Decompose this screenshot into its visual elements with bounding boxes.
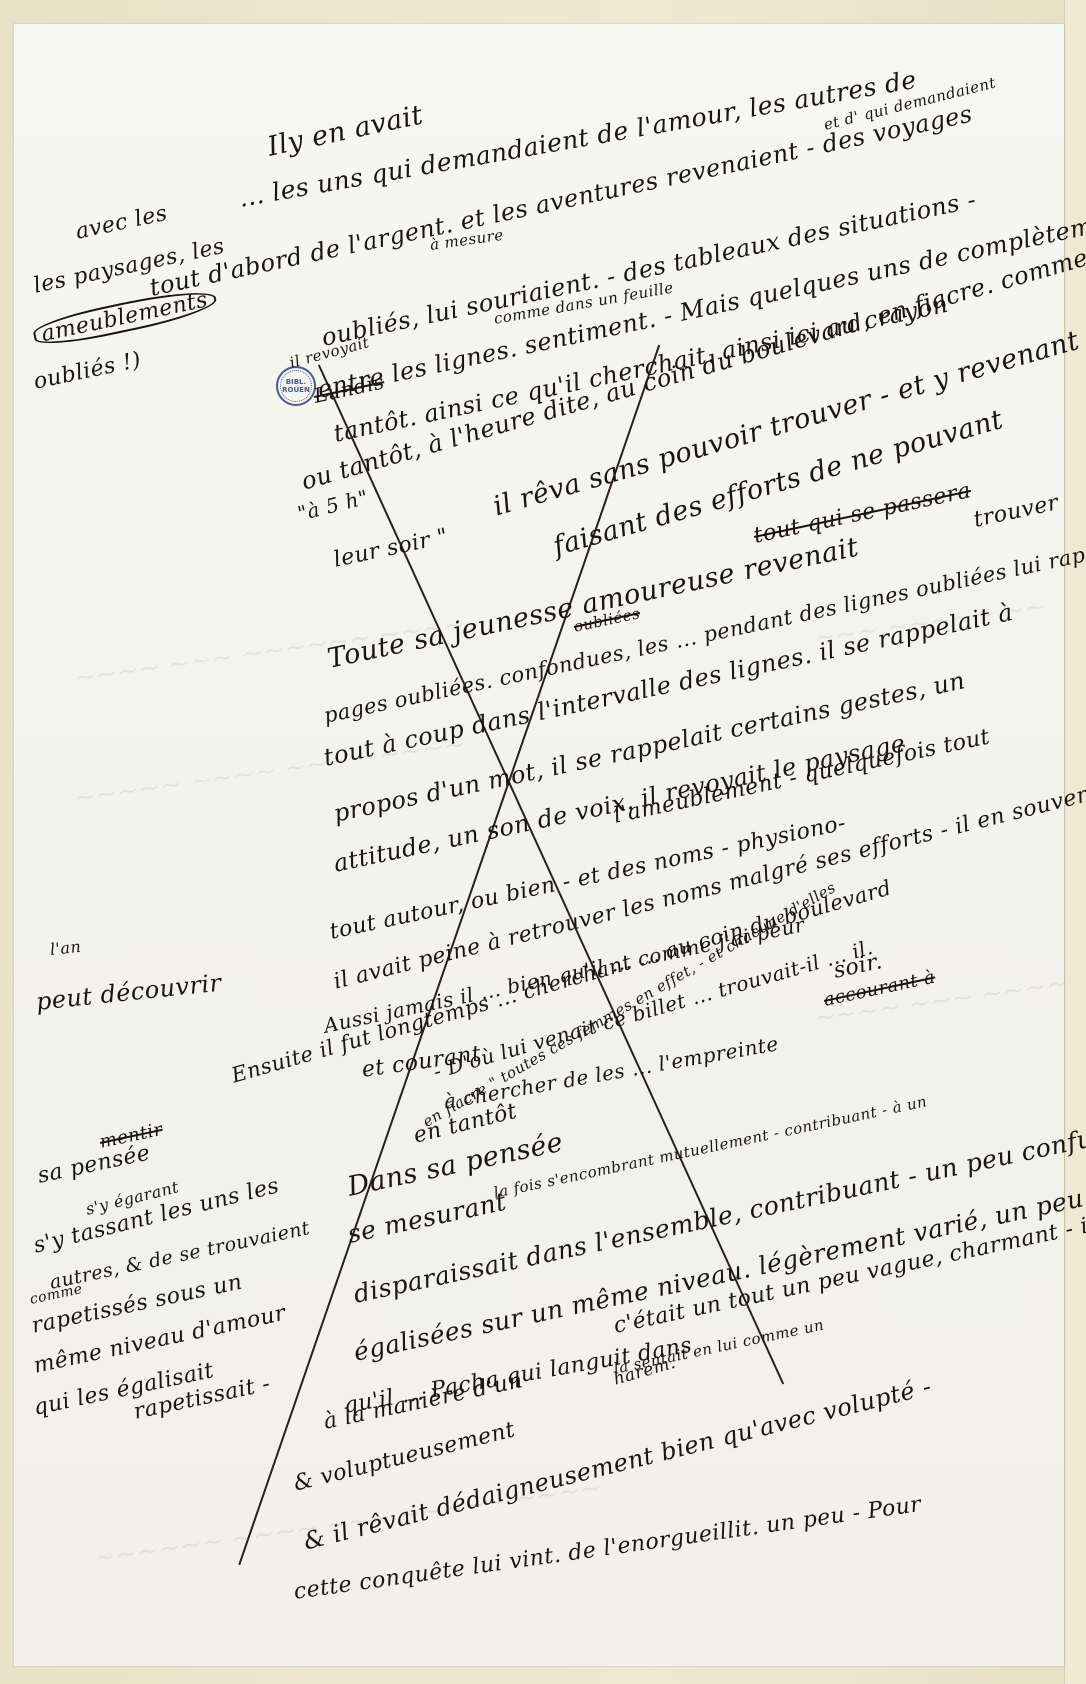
text-line: trouver [971, 490, 1061, 532]
text-line: leur soir " [331, 524, 450, 573]
margin-note: sa pensée [35, 1140, 152, 1188]
margin-note: avec les [73, 201, 169, 245]
manuscript-page: ~~~~ ~~~ ~~~~~~ ~~~~ ~~~~~ ~~~~ ~~~ ~~~~… [14, 24, 1064, 1666]
margin-note: oubliés !) [31, 348, 143, 395]
text-line: Ily en avait [265, 99, 426, 162]
margin-note: ameublements [31, 286, 218, 349]
text-line: et courant [360, 1041, 483, 1082]
library-stamp: BIBL. ROUEN [276, 366, 316, 406]
margin-note: peut découvrir [35, 969, 223, 1016]
stamp-ring [280, 370, 312, 402]
margin-note: l'an [49, 937, 82, 959]
